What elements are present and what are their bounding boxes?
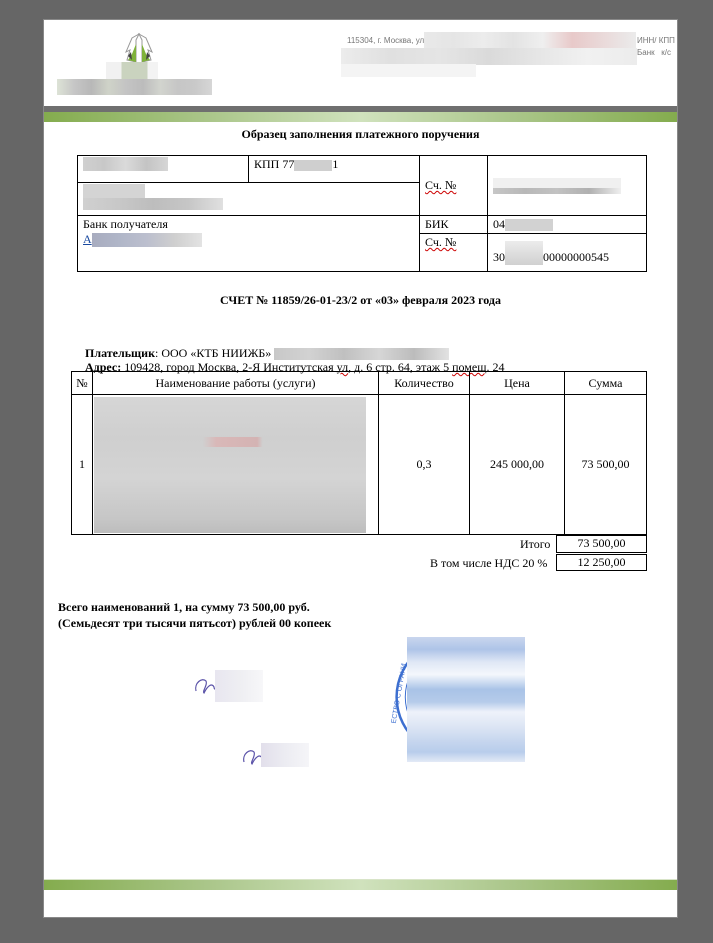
total-label: Итого xyxy=(520,537,550,552)
invoice-title: СЧЕТ № 11859/26-01-23/2 от «03» февраля … xyxy=(44,293,677,308)
row-price: 245 000,00 xyxy=(470,395,565,535)
signature-redacted xyxy=(215,670,263,702)
summary-line-2: (Семьдесят три тысячи пятьсот) рублей 00… xyxy=(58,616,331,631)
items-table-header: № Наименование работы (услуги) Количеств… xyxy=(72,372,647,395)
vat-value: 12 250,00 xyxy=(556,554,647,571)
col-header-name: Наименование работы (услуги) xyxy=(93,372,379,395)
logo-redacted xyxy=(106,62,158,79)
inn-cell xyxy=(78,156,249,183)
header-green-bar xyxy=(44,112,677,122)
recipient-cell xyxy=(78,183,420,216)
col-header-num: № xyxy=(72,372,93,395)
row-name-redacted xyxy=(93,395,379,535)
total-value: 73 500,00 xyxy=(556,535,647,553)
vat-label: В том числе НДС 20 % xyxy=(430,556,547,571)
row-num: 1 xyxy=(72,395,93,535)
bik-label-cell: БИК xyxy=(420,216,488,234)
bank-ks-label: Банк к/с xyxy=(637,48,671,57)
header-contacts-redacted xyxy=(341,64,476,77)
payment-sample-title: Образец заполнения платежного поручения xyxy=(44,127,677,142)
signature-redacted xyxy=(261,743,309,767)
stamp-redacted xyxy=(407,637,525,762)
bik-value-cell: 04 xyxy=(488,216,647,234)
row-sum: 73 500,00 xyxy=(565,395,647,535)
company-name-redacted xyxy=(57,79,212,95)
kpp-cell: КПП 771 xyxy=(249,156,420,183)
summary-line-1: Всего наименований 1, на сумму 73 500,00… xyxy=(58,600,310,615)
row-qty: 0,3 xyxy=(379,395,470,535)
corr-account-label-cell: Сч. № xyxy=(420,234,488,272)
account-label-cell: Сч. № xyxy=(420,156,488,216)
items-table: № Наименование работы (услуги) Количеств… xyxy=(71,371,647,535)
col-header-sum: Сумма xyxy=(565,372,647,395)
header-contacts-redacted xyxy=(341,48,637,65)
col-header-price: Цена xyxy=(470,372,565,395)
col-header-qty: Количество xyxy=(379,372,470,395)
recipient-bank-cell: Банк получателя А xyxy=(78,216,420,272)
bank-details-table: КПП 771 Сч. № Банк получателя А БИК 04 xyxy=(77,155,647,272)
footer-green-bar xyxy=(44,879,677,890)
header-address: 115304, г. Москва, ул xyxy=(347,36,424,45)
inn-kpp-label: ИНН/ КПП xyxy=(637,36,675,45)
invoice-page: 115304, г. Москва, ул ИНН/ КПП Банк к/с … xyxy=(43,19,678,918)
corr-account-value-cell: 3000000000545 xyxy=(488,234,647,272)
table-row: 1 0,3 245 000,00 73 500,00 xyxy=(72,395,647,535)
account-value-cell xyxy=(488,156,647,216)
